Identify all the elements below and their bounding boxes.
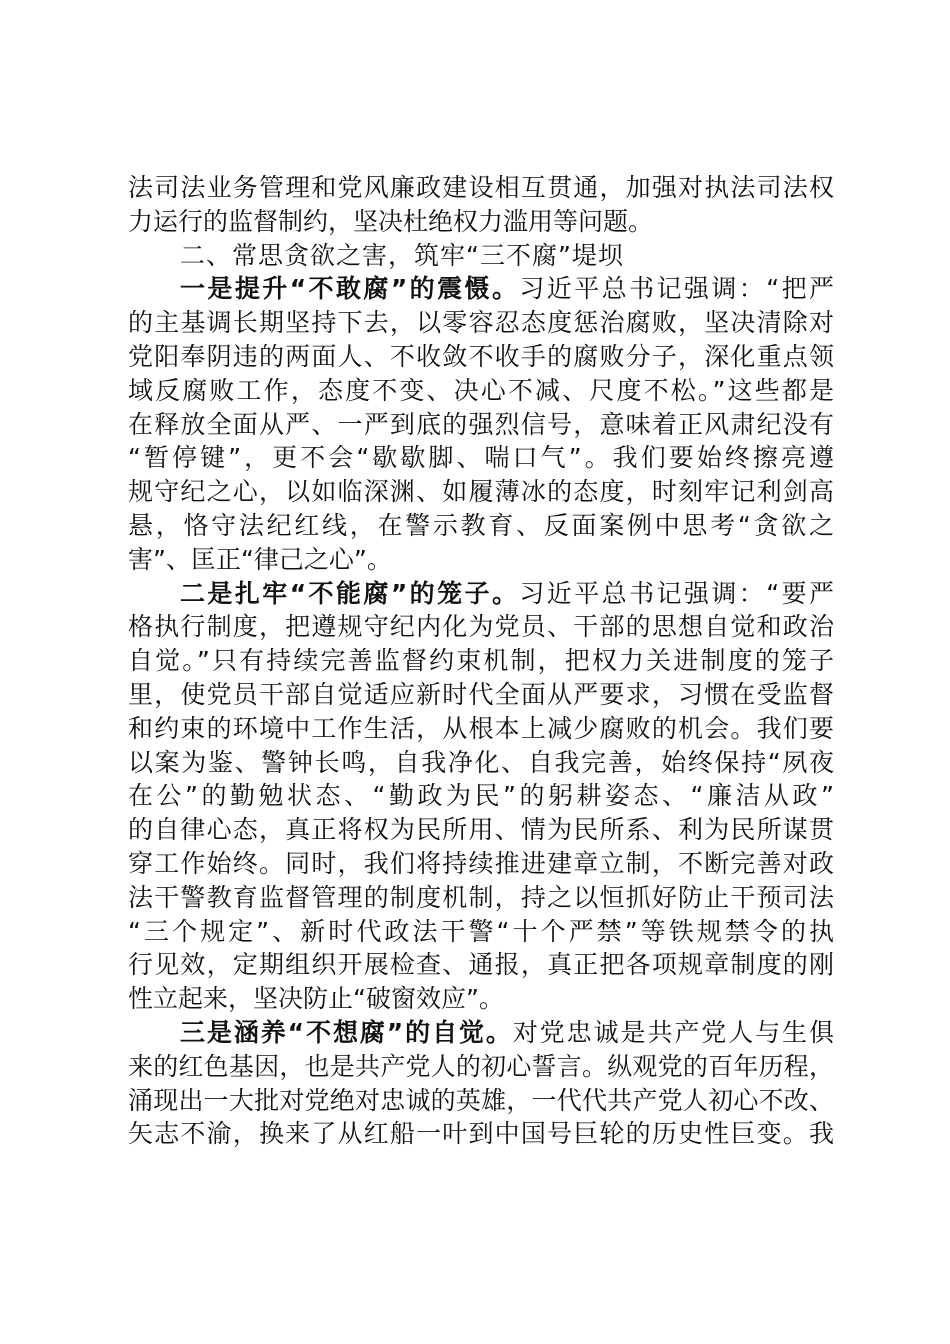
text-line: 格执行制度，把遵规守纪内化为党员、干部的思想自觉和政治 xyxy=(128,610,834,644)
text-line: “三个规定”、新时代政法干警“十个严禁”等铁规禁令的执 xyxy=(128,915,834,949)
text-line: 行见效，定期组织开展检查、通报，真正把各项规章制度的刚 xyxy=(128,948,834,982)
point-lead: 一是提升“不敢腐”的震慑。 xyxy=(180,274,519,303)
text-line: 矢志不渝，换来了从红船一叶到中国号巨轮的历史性巨变。我 xyxy=(128,1117,834,1151)
point-text: 对党忠诚是共产党人与生俱 xyxy=(513,1018,834,1047)
text-line: 的主基调长期坚持下去，以零容忍态度惩治腐败，坚决清除对 xyxy=(128,306,834,340)
point-lead: 二是扎牢“不能腐”的笼子。 xyxy=(180,579,519,608)
text-line: 里，使党员干部自觉适应新时代全面从严要求，习惯在受监督 xyxy=(128,678,834,712)
text-line: 法干警教育监督管理的制度机制，持之以恒抓好防止干预司法 xyxy=(128,881,834,915)
text-line: 域反腐败工作，态度不变、决心不减、尺度不松。”这些都是 xyxy=(128,374,834,408)
text-line: 悬，恪守法纪红线，在警示教育、反面案例中思考“贪欲之 xyxy=(128,509,834,543)
text-line: 害”、匡正“律己之心”。 xyxy=(128,543,834,577)
text-line: 法司法业务管理和党风廉政建设相互贯通，加强对执法司法权 xyxy=(128,171,834,205)
text-line: 性立起来，坚决防止“破窗效应”。 xyxy=(128,982,834,1016)
text-line: 自觉。”只有持续完善监督约束机制，把权力关进制度的笼子 xyxy=(128,644,834,678)
text-line: 规守纪之心，以如临深渊、如履薄冰的态度，时刻牢记利剑高 xyxy=(128,475,834,509)
text-line: 来的红色基因，也是共产党人的初心誓言。纵观党的百年历程， xyxy=(128,1050,834,1084)
text-line: 以案为鉴、警钟长鸣，自我净化、自我完善，始终保持“夙夜 xyxy=(128,746,834,780)
point-first-line: 二是扎牢“不能腐”的笼子。习近平总书记强调：“要严 xyxy=(128,577,834,611)
point-first-line: 三是涵养“不想腐”的自觉。对党忠诚是共产党人与生俱 xyxy=(128,1016,834,1050)
text-line: 的自律心态，真正将权为民所用、情为民所系、利为民所谋贯 xyxy=(128,813,834,847)
text-line: “暂停键”，更不会“歇歇脚、喘口气”。我们要始终擦亮遵 xyxy=(128,441,834,475)
document-page: 法司法业务管理和党风廉政建设相互贯通，加强对执法司法权 力运行的监督制约，坚决杜… xyxy=(128,171,834,1151)
text-line: 党阳奉阴违的两面人、不收敛不收手的腐败分子，深化重点领 xyxy=(128,340,834,374)
text-line: 和约束的环境中工作生活，从根本上减少腐败的机会。我们要 xyxy=(128,712,834,746)
point-first-line: 一是提升“不敢腐”的震慑。习近平总书记强调：“把严 xyxy=(128,272,834,306)
section-heading: 二、常思贪欲之害，筑牢“三不腐”堤坝 xyxy=(128,239,834,273)
text-line: 在公”的勤勉状态、“勤政为民”的躬耕姿态、“廉洁从政” xyxy=(128,779,834,813)
point-text: 习近平总书记强调：“把严 xyxy=(519,274,834,303)
text-line: 在释放全面从严、一严到底的强烈信号，意味着正风肃纪没有 xyxy=(128,408,834,442)
text-line: 力运行的监督制约，坚决杜绝权力滥用等问题。 xyxy=(128,205,834,239)
text-line: 穿工作始终。同时，我们将持续推进建章立制，不断完善对政 xyxy=(128,847,834,881)
point-lead: 三是涵养“不想腐”的自觉。 xyxy=(180,1018,513,1047)
text-line: 涌现出一大批对党绝对忠诚的英雄，一代代共产党人初心不改、 xyxy=(128,1084,834,1118)
point-text: 习近平总书记强调：“要严 xyxy=(519,579,834,608)
